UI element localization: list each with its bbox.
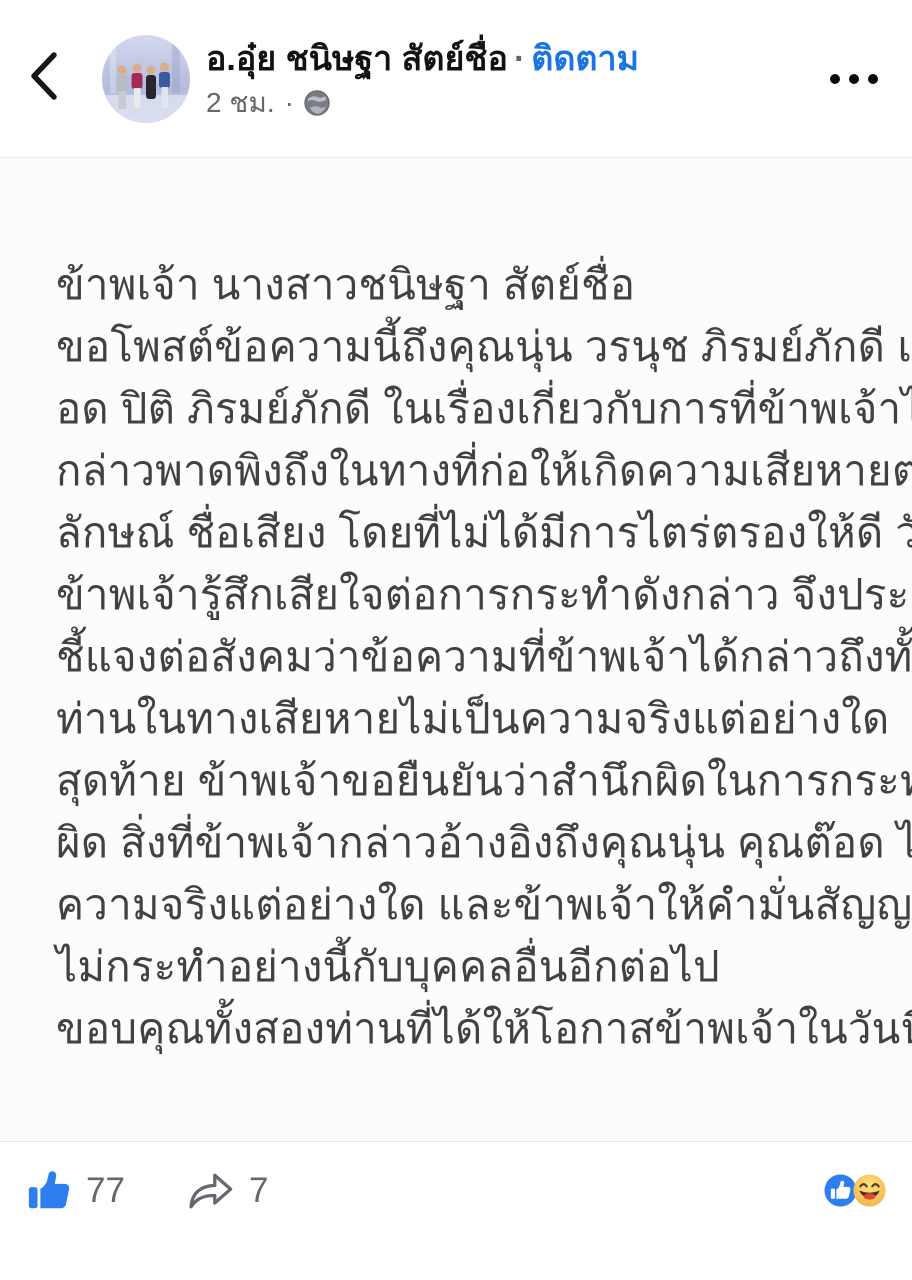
post-text-line: ขอโพสต์ข้อความนี้ถึงคุณนุ่น วรนุช ภิรมย์… xyxy=(56,316,872,378)
ellipsis-icon xyxy=(830,74,878,84)
post-text-line: ขอบคุณทั้งสองท่านที่ได้ให้โอกาสข้าพเจ้าใ… xyxy=(56,998,872,1060)
post-footer: 77 7 xyxy=(0,1141,912,1279)
timestamp-separator: · xyxy=(285,86,294,120)
timestamp: 2 ชม. xyxy=(206,86,275,120)
avatar[interactable] xyxy=(102,35,190,123)
post-header: อ.อุ๋ย ชนิษฐา สัตย์ชื่อ·ติดตาม 2 ชม. · xyxy=(0,0,912,158)
post-text-line: ข้าพเจ้ารู้สึกเสียใจต่อการกระทำดังกล่าว … xyxy=(56,564,872,626)
haha-reaction-icon xyxy=(853,1174,886,1207)
chevron-left-icon xyxy=(28,50,58,107)
post-text-line: ผิด สิ่งที่ข้าพเจ้ากล่าวอ้างอิงถึงคุณนุ่… xyxy=(56,812,872,874)
header-text: อ.อุ๋ย ชนิษฐา สัตย์ชื่อ·ติดตาม 2 ชม. · xyxy=(206,38,826,120)
share-count-group[interactable]: 7 xyxy=(187,1170,268,1212)
back-button[interactable] xyxy=(28,49,72,109)
like-count: 77 xyxy=(86,1171,125,1211)
post-text-line: ชี้แจงต่อสังคมว่าข้อความที่ข้าพเจ้าได้กล… xyxy=(56,626,872,688)
post-text-line: ท่านในทางเสียหายไม่เป็นความจริงแต่อย่างใ… xyxy=(56,688,872,750)
post-text-line: อด ปิติ ภิรมย์ภักดี ในเรื่องเกี่ยวกับการ… xyxy=(56,378,872,440)
more-options-button[interactable] xyxy=(826,64,882,94)
follow-link[interactable]: ติดตาม xyxy=(531,40,639,78)
post-text-line: ข้าพเจ้า นางสาวชนิษฐา สัตย์ชื่อ xyxy=(56,254,872,316)
share-count: 7 xyxy=(249,1171,268,1211)
post-text-line: ความจริงแต่อย่างใด และข้าพเจ้าให้คำมั่นส… xyxy=(56,874,872,936)
post-text-line: ไม่กระทำอย่างนี้กับบุคคลอื่นอีกต่อไป xyxy=(56,936,872,998)
share-arrow-icon xyxy=(187,1170,235,1212)
post-text-line: ลักษณ์ ชื่อเสียง โดยที่ไม่ได้มีการไตร่ตร… xyxy=(56,502,872,564)
post-text-line: กล่าวพาดพิงถึงในทางที่ก่อให้เกิดความเสีย… xyxy=(56,440,872,502)
avatar-image xyxy=(102,35,190,123)
globe-icon xyxy=(304,90,330,116)
post-text-line: สุดท้าย ข้าพเจ้าขอยืนยันว่าสำนึกผิดในการ… xyxy=(56,750,872,812)
name-separator: · xyxy=(514,40,525,78)
profile-name[interactable]: อ.อุ๋ย ชนิษฐา สัตย์ชื่อ xyxy=(206,40,508,78)
reaction-summary[interactable] xyxy=(824,1174,886,1207)
thumbs-up-icon xyxy=(26,1168,72,1214)
post-text-image[interactable]: ข้าพเจ้า นางสาวชนิษฐา สัตย์ชื่อ ขอโพสต์ข… xyxy=(0,158,912,1141)
like-count-group[interactable]: 77 xyxy=(26,1168,125,1214)
